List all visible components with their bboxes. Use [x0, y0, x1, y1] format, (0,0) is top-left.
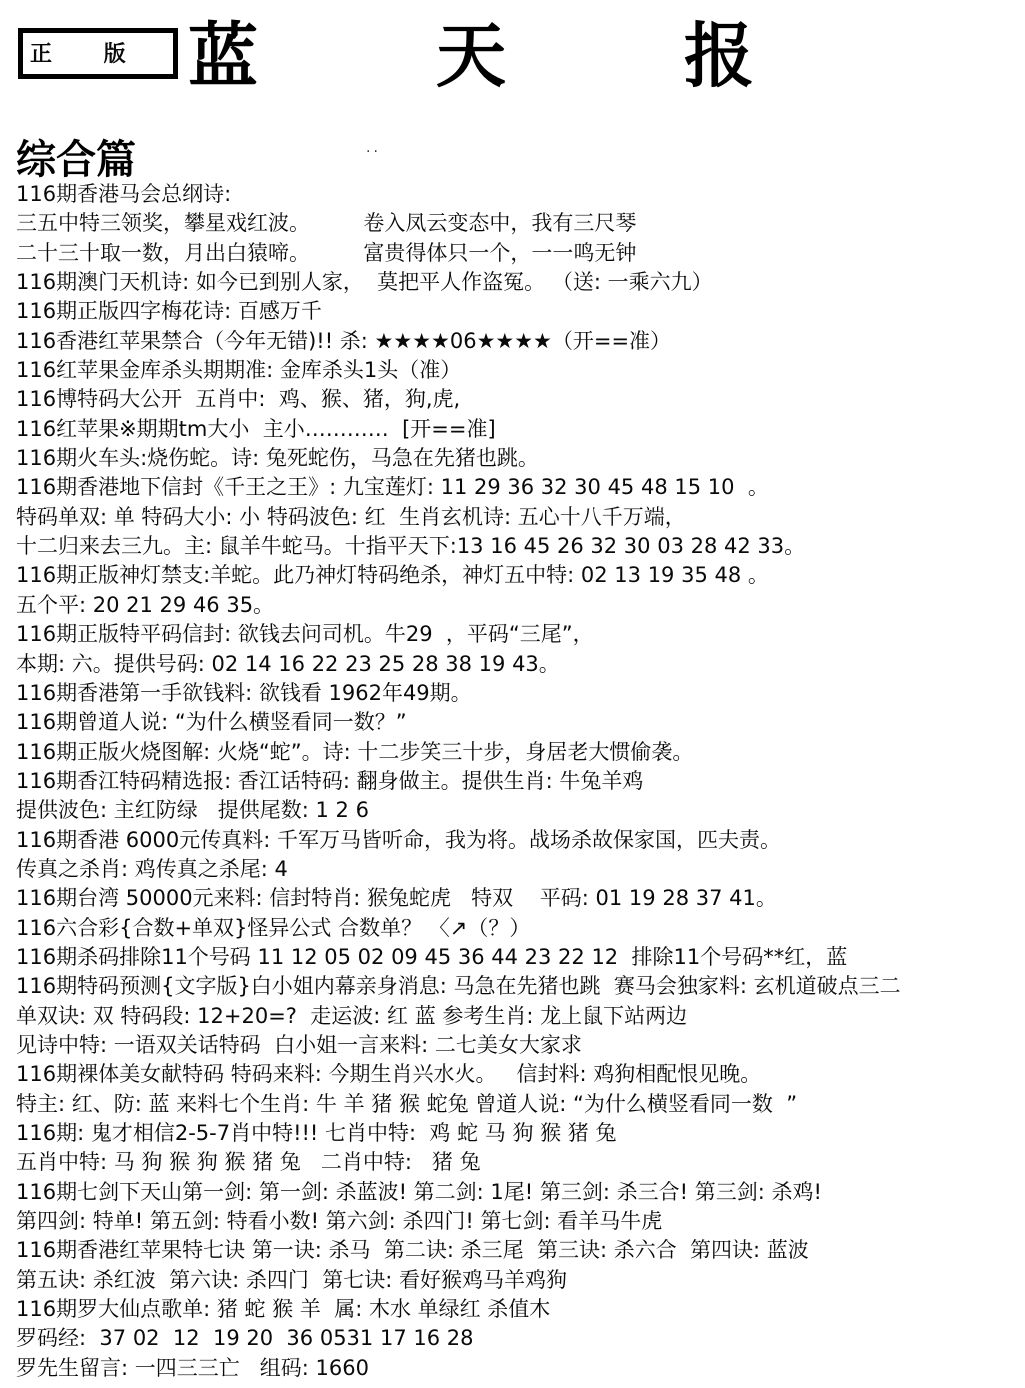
- text-line: 十二归来去三九。主: 鼠羊牛蛇马。十指平天下:13 16 45 26 32 30…: [16, 532, 1021, 561]
- text-line: 本期: 六。提供号码: 02 14 16 22 23 25 28 38 19 4…: [16, 650, 1021, 679]
- text-line: 116期香江特码精选报: 香江话特码: 翻身做主。提供生肖: 牛兔羊鸡: [16, 767, 1021, 796]
- text-line: 116期香港第一手欲钱料: 欲钱看 1962年49期。: [16, 679, 1021, 708]
- text-line: 116期正版四字梅花诗: 百感万千: [16, 297, 1021, 326]
- text-line: 116期正版火烧图解: 火烧“蛇”。诗: 十二步笑三十步，身居老大惯偷袭。: [16, 738, 1021, 767]
- text-line: 116期七剑下天山第一剑: 第一剑: 杀蓝波! 第二剑: 1尾! 第三剑: 杀三…: [16, 1178, 1021, 1207]
- text-line: 二十三十取一数，月出白猿啼。 富贵得体只一个，一一鸣无钟: [16, 239, 1021, 268]
- text-line: 116期罗大仙点歌单: 猪 蛇 猴 羊 属: 木水 单绿红 杀值木: [16, 1295, 1021, 1324]
- text-line: 传真之杀肖: 鸡传真之杀尾: 4: [16, 855, 1021, 884]
- content-lines: 116期香港马会总纲诗: 三五中特三领奖，攀星戏红波。 卷入凤云变态中，我有三尺…: [16, 180, 1021, 1383]
- text-line: 116期香港红苹果特七诀 第一诀: 杀马 第二诀: 杀三尾 第三诀: 杀六合 第…: [16, 1236, 1021, 1265]
- text-line: 单双诀: 双 特码段: 12+20=? 走运波: 红 蓝 参考生肖: 龙上鼠下站…: [16, 1002, 1021, 1031]
- text-line: 第五诀: 杀红波 第六诀: 杀四门 第七诀: 看好猴鸡马羊鸡狗: [16, 1266, 1021, 1295]
- text-line: 116期澳门天机诗: 如今已到别人家， 莫把平人作盗冤。 （送: 一乘六九）: [16, 268, 1021, 297]
- stray-dots: ..: [366, 140, 381, 156]
- text-line: 116期香港马会总纲诗:: [16, 180, 1021, 209]
- text-line: 116期香港 6000元传真料: 千军万马皆听命，我为将。战场杀故保家国，匹夫责…: [16, 826, 1021, 855]
- text-line: 五个平: 20 21 29 46 35。: [16, 591, 1021, 620]
- text-line: 116期香港地下信封《千王之王》: 九宝莲灯: 11 29 36 32 30 4…: [16, 473, 1021, 502]
- text-line: 116六合彩{合数+单双}怪异公式 合数单？ 〈↗（？）: [16, 914, 1021, 943]
- text-line: 116期火车头:烧伤蛇。诗: 兔死蛇伤，马急在先猪也跳。: [16, 444, 1021, 473]
- page-title: 蓝天报: [188, 0, 932, 101]
- text-line: 见诗中特: 一语双关话特码 白小姐一言来料: 二七美女大家求: [16, 1031, 1021, 1060]
- text-line: 116期裸体美女献特码 特码来料: 今期生肖兴水火。 信封料: 鸡狗相配恨见晚。: [16, 1060, 1021, 1089]
- text-line: 116期正版特平码信封: 欲钱去问司机。牛29 ，平码“三尾”，: [16, 620, 1021, 649]
- text-line: 三五中特三领奖，攀星戏红波。 卷入凤云变态中，我有三尺琴: [16, 209, 1021, 238]
- text-line: 116香港红苹果禁合（今年无错)!! 杀: ★★★★06★★★★（开==准）: [16, 327, 1021, 356]
- text-line: 特码单双: 单 特码大小: 小 特码波色: 红 生肖玄机诗: 五心十八千万端，: [16, 503, 1021, 532]
- text-line: 提供波色: 主红防绿 提供尾数: 1 2 6: [16, 796, 1021, 825]
- section-heading: 综合篇: [16, 128, 136, 185]
- text-line: 116红苹果※期期tm大小 主小………… [开==准]: [16, 415, 1021, 444]
- edition-badge: 正 版: [18, 28, 178, 79]
- text-line: 116期杀码排除11个号码 11 12 05 02 09 45 36 44 23…: [16, 943, 1021, 972]
- text-line: 五肖中特: 马 狗 猴 狗 猴 猪 兔 二肖中特: 猪 兔: [16, 1148, 1021, 1177]
- text-line: 罗先生留言: 一四三三亡 组码: 1660: [16, 1354, 1021, 1383]
- newspaper-page: 正 版 蓝天报 综合篇 .. 116期香港马会总纲诗: 三五中特三领奖，攀星戏红…: [0, 0, 1025, 1388]
- text-line: 特主: 红、防: 蓝 来料七个生肖: 牛 羊 猪 猴 蛇兔 曾道人说: “为什么…: [16, 1090, 1021, 1119]
- text-line: 116期特码预测{文字版}白小姐内幕亲身消息: 马急在先猪也跳 赛马会独家料: …: [16, 972, 1021, 1001]
- text-line: 116期正版神灯禁支:羊蛇。此乃神灯特码绝杀，神灯五中特: 02 13 19 3…: [16, 561, 1021, 590]
- text-line: 116期台湾 50000元来料: 信封特肖: 猴兔蛇虎 特双 平码: 01 19…: [16, 884, 1021, 913]
- text-line: 116期: 鬼才相信2-5-7肖中特!!! 七肖中特: 鸡 蛇 马 狗 猴 猪 …: [16, 1119, 1021, 1148]
- text-line: 116博特码大公开 五肖中: 鸡、猴、猪，狗,虎,: [16, 385, 1021, 414]
- text-line: 116期曾道人说: “为什么横竖看同一数？”: [16, 708, 1021, 737]
- text-line: 第四剑: 特单! 第五剑: 特看小数! 第六剑: 杀四门! 第七剑: 看羊马牛虎: [16, 1207, 1021, 1236]
- text-line: 116红苹果金库杀头期期准: 金库杀头1头（准）: [16, 356, 1021, 385]
- text-line: 罗码经: 37 02 12 19 20 36 0531 17 16 28: [16, 1324, 1021, 1353]
